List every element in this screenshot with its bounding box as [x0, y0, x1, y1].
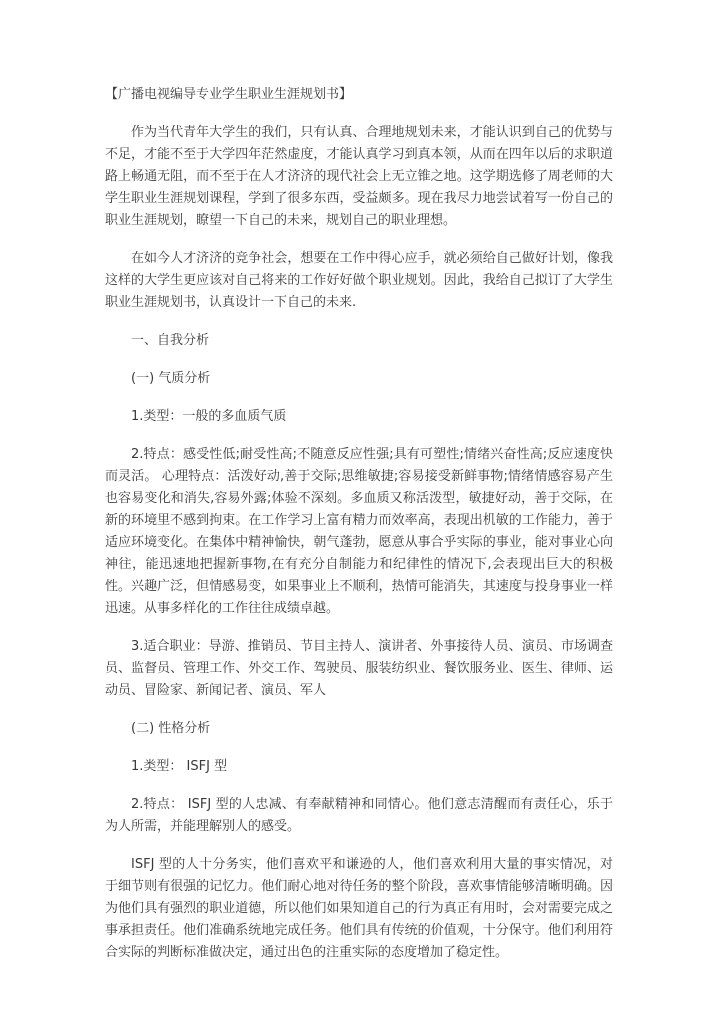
- personality-traits-paragraph: 2.特点： ISFJ 型的人忠减、有奉献精神和同情心。他们意志清醒而有责任心，乐…: [105, 794, 613, 838]
- personality-detail-paragraph: ISFJ 型的人十分务实，他们喜欢平和谦逊的人，他们喜欢利用大量的事实情况，对于…: [105, 854, 613, 964]
- temperament-type-line: 1.类型：一般的多血质气质: [105, 406, 613, 428]
- heading-self-analysis: 一、自我分析: [105, 330, 613, 352]
- heading-personality-analysis: (二) 性格分析: [105, 718, 613, 740]
- document-title: 【广播电视编导专业学生职业生涯规划书】: [105, 84, 613, 106]
- temperament-traits-paragraph: 2.特点：感受性低;耐受性高;不随意反应性强;具有可塑性;情绪兴奋性高;反应速度…: [105, 444, 613, 620]
- intro-paragraph-2: 在如今人才济济的竞争社会，想要在工作中得心应手，就必须给自己做好计划，像我这样的…: [105, 248, 613, 314]
- personality-type-line: 1.类型： ISFJ 型: [105, 756, 613, 778]
- intro-paragraph-1: 作为当代青年大学生的我们，只有认真、合理地规划未来，才能认识到自己的优势与不足，…: [105, 122, 613, 232]
- heading-temperament-analysis: (一) 气质分析: [105, 368, 613, 390]
- suitable-careers-paragraph: 3.适合职业：导游、推销员、节目主持人、演讲者、外事接待人员、演员、市场调查员、…: [105, 636, 613, 702]
- document-page: 【广播电视编导专业学生职业生涯规划书】 作为当代青年大学生的我们，只有认真、合理…: [0, 0, 720, 1017]
